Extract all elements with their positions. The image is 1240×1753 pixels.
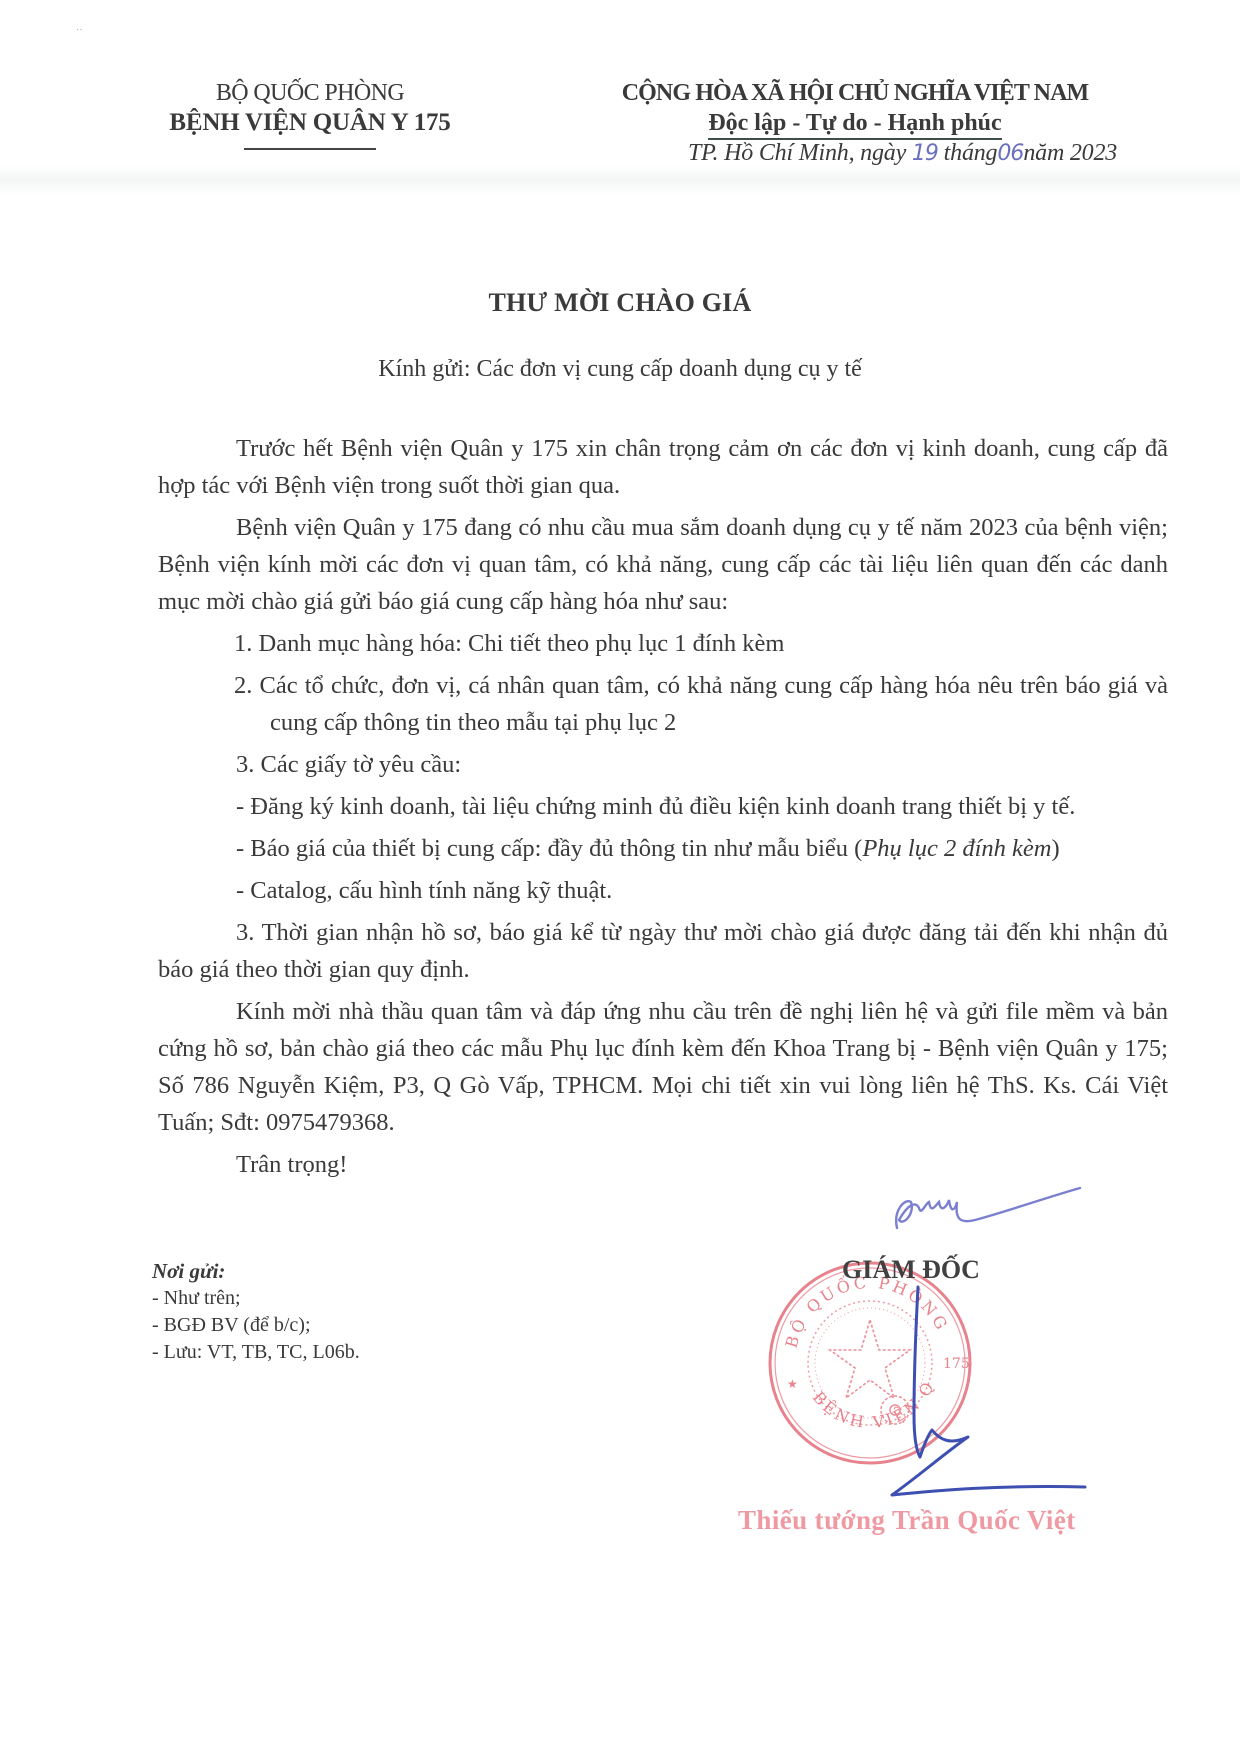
recipient-line: Kính gửi: Các đơn vị cung cấp doanh dụng… <box>0 356 1240 383</box>
docs-business-registration: - Đăng ký kinh doanh, tài liệu chứng min… <box>158 788 1168 825</box>
date-month-label: tháng <box>944 140 998 166</box>
scan-speck: ˙˙ <box>76 28 83 39</box>
scan-band <box>0 165 1240 195</box>
timeline-paragraph: 3. Thời gian nhận hồ sơ, báo giá kể từ n… <box>158 914 1168 988</box>
letter-body: Trước hết Bệnh viện Quân y 175 xin chân … <box>158 430 1168 1183</box>
list-item: 1. Danh mục hàng hóa: Chi tiết theo phụ … <box>158 625 1168 662</box>
header-divider <box>244 148 376 150</box>
quote-appendix-ref: Phụ lục 2 đính kèm <box>862 835 1051 862</box>
date-prefix: TP. Hồ Chí Minh, ngày <box>688 140 906 166</box>
recipients-label: Nơi gửi: <box>152 1258 360 1285</box>
quote-suffix: ) <box>1051 835 1059 862</box>
director-signature <box>850 1285 1090 1505</box>
date-month: 06 <box>997 141 1023 166</box>
intro-paragraph: Trước hết Bệnh viện Quân y 175 xin chân … <box>158 430 1168 504</box>
recipient-item: - Lưu: VT, TB, TC, L06b. <box>152 1339 360 1366</box>
recipient-item: - BGĐ BV (để b/c); <box>152 1312 360 1339</box>
docs-heading: 3. Các giấy tờ yêu cầu: <box>158 746 1168 783</box>
contact-paragraph: Kính mời nhà thầu quan tâm và đáp ứng nh… <box>158 993 1168 1141</box>
svg-text:★: ★ <box>787 1377 798 1391</box>
closing-line: Trân trọng! <box>158 1146 1168 1183</box>
national-header: CỘNG HÒA XÃ HỘI CHỦ NGHĨA VIỆT NAM Độc l… <box>620 78 1090 140</box>
republic-name: CỘNG HÒA XÃ HỘI CHỦ NGHĨA VIỆT NAM <box>620 78 1090 108</box>
national-motto: Độc lập - Tự do - Hạnh phúc <box>708 108 1001 140</box>
signatory-position: GIÁM ĐỐC <box>842 1255 980 1285</box>
quote-text: - Báo giá của thiết bị cung cấp: đầy đủ … <box>236 835 862 862</box>
ministry-name: BỘ QUỐC PHÒNG <box>140 78 480 108</box>
date-day: 19 <box>912 141 938 166</box>
date-year: năm 2023 <box>1023 140 1117 166</box>
recipients-block: Nơi gửi: - Như trên; - BGĐ BV (để b/c); … <box>152 1258 360 1366</box>
issuer-header: BỘ QUỐC PHÒNG BỆNH VIỆN QUÂN Y 175 <box>140 78 480 150</box>
hospital-name: BỆNH VIỆN QUÂN Y 175 <box>140 108 480 138</box>
date-line: TP. Hồ Chí Minh, ngày 19 tháng06năm 2023 <box>688 140 1117 167</box>
document-title: THƯ MỜI CHÀO GIÁ <box>0 288 1240 318</box>
signer-name: Thiếu tướng Trần Quốc Việt <box>738 1505 1076 1536</box>
docs-catalog: - Catalog, cấu hình tính năng kỹ thuật. <box>158 872 1168 909</box>
initials-signature <box>885 1180 1085 1240</box>
need-paragraph: Bệnh viện Quân y 175 đang có nhu cầu mua… <box>158 509 1168 620</box>
list-item: 2. Các tổ chức, đơn vị, cá nhân quan tâm… <box>158 667 1168 741</box>
docs-quotation: - Báo giá của thiết bị cung cấp: đầy đủ … <box>158 830 1168 867</box>
recipient-item: - Như trên; <box>152 1285 360 1312</box>
